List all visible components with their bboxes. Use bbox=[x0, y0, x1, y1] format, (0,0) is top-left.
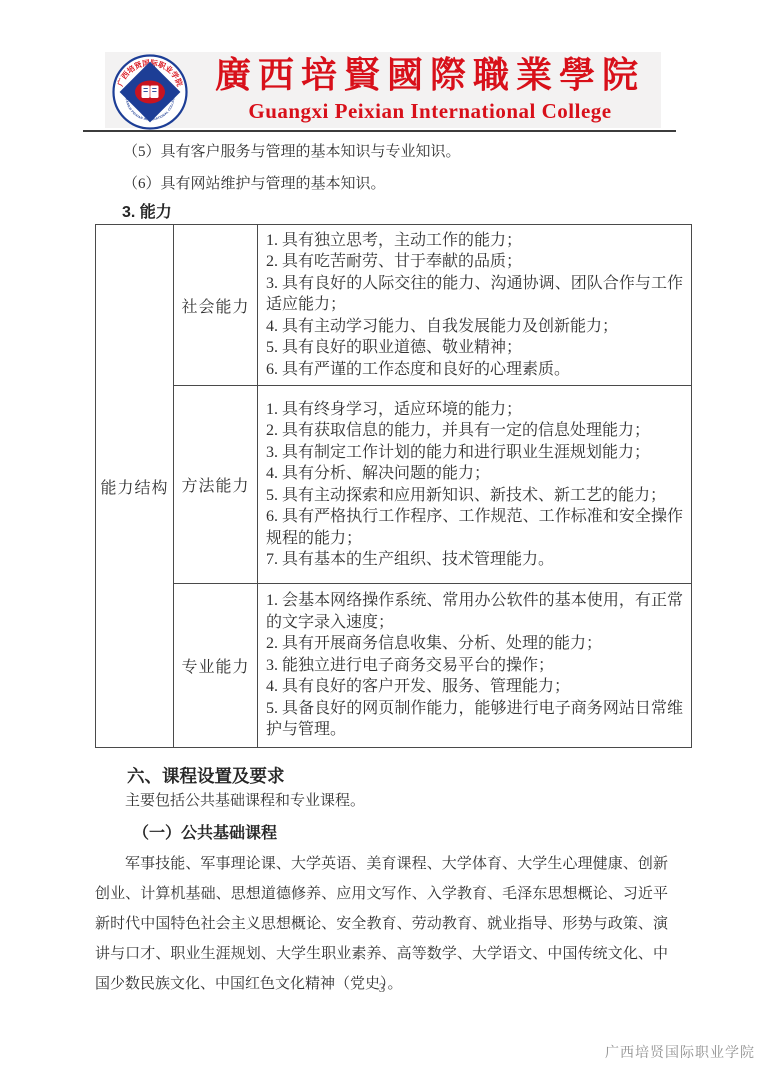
ability-item: 5. 具备良好的网页制作能力，能够进行电子商务网站日常维护与管理。 bbox=[266, 698, 683, 741]
table-row: 专业能力 1. 会基本网络操作系统、常用办公软件的基本使用，有正常的文字录入速度… bbox=[96, 584, 692, 748]
ability-item: 3. 具有良好的人际交往的能力、沟通协调、团队合作与工作适应能力； bbox=[266, 273, 683, 316]
category-method: 方法能力 bbox=[174, 386, 258, 584]
table-row: 能力结构 社会能力 1. 具有独立思考，主动工作的能力；2. 具有吃苦耐劳、甘于… bbox=[96, 225, 692, 386]
public-course-subheading: （一）公共基础课程 bbox=[95, 823, 668, 845]
ability-item: 1. 会基本网络操作系统、常用办公软件的基本使用，有正常的文字录入速度； bbox=[266, 590, 683, 633]
ability-item: 2. 具有吃苦耐劳、甘于奉献的品质； bbox=[266, 251, 683, 273]
page-number: 3 bbox=[0, 980, 764, 996]
public-course-list: 军事技能、军事理论课、大学英语、美育课程、大学体育、大学生心理健康、创新创业、计… bbox=[95, 849, 668, 999]
social-ability-items: 1. 具有独立思考，主动工作的能力；2. 具有吃苦耐劳、甘于奉献的品质；3. 具… bbox=[258, 225, 692, 386]
course-section-heading: 六、课程设置及要求 bbox=[95, 763, 668, 789]
ability-item: 6. 具有严格执行工作程序、工作规范、工作标准和安全操作规程的能力； bbox=[266, 506, 683, 549]
ability-item: 2. 具有获取信息的能力，并具有一定的信息处理能力； bbox=[266, 420, 683, 442]
ability-item: 7. 具有基本的生产组织、技术管理能力。 bbox=[266, 549, 683, 571]
table-row: 方法能力 1. 具有终身学习，适应环境的能力；2. 具有获取信息的能力，并具有一… bbox=[96, 386, 692, 584]
ability-item: 3. 具有制定工作计划的能力和进行职业生涯规划能力； bbox=[266, 442, 683, 464]
ability-structure-table: 能力结构 社会能力 1. 具有独立思考，主动工作的能力；2. 具有吃苦耐劳、甘于… bbox=[95, 224, 692, 748]
ability-item: 6. 具有严谨的工作态度和良好的心理素质。 bbox=[266, 359, 683, 381]
ability-item: 4. 具有良好的客户开发、服务、管理能力； bbox=[266, 676, 683, 698]
category-social: 社会能力 bbox=[174, 225, 258, 386]
ability-item: 5. 具有良好的职业道德、敬业精神； bbox=[266, 337, 683, 359]
ability-item: 5. 具有主动探索和应用新知识、新技术、新工艺的能力； bbox=[266, 485, 683, 507]
ability-item: 1. 具有独立思考，主动工作的能力； bbox=[266, 230, 683, 252]
ability-structure-header: 能力结构 bbox=[96, 225, 174, 748]
knowledge-item-5: （5）具有客户服务与管理的基本知识与专业知识。 bbox=[95, 141, 668, 163]
college-watermark: 广西培贤国际职业学院 bbox=[605, 1042, 755, 1062]
ability-item: 3. 能独立进行电子商务交易平台的操作； bbox=[266, 655, 683, 677]
document-page: { "header": { "seal": { "top_arc": "广西培贤… bbox=[0, 0, 764, 1080]
ability-item: 1. 具有终身学习，适应环境的能力； bbox=[266, 399, 683, 421]
course-section-intro: 主要包括公共基础课程和专业课程。 bbox=[95, 790, 668, 812]
method-ability-items: 1. 具有终身学习，适应环境的能力；2. 具有获取信息的能力，并具有一定的信息处… bbox=[258, 386, 692, 584]
ability-item: 2. 具有开展商务信息收集、分析、处理的能力； bbox=[266, 633, 683, 655]
document-body: （5）具有客户服务与管理的基本知识与专业知识。 （6）具有网站维护与管理的基本知… bbox=[95, 0, 668, 999]
category-professional: 专业能力 bbox=[174, 584, 258, 748]
knowledge-item-6: （6）具有网站维护与管理的基本知识。 bbox=[95, 173, 668, 195]
professional-ability-items: 1. 会基本网络操作系统、常用办公软件的基本使用，有正常的文字录入速度；2. 具… bbox=[258, 584, 692, 748]
ability-heading: 3. 能力 bbox=[95, 203, 668, 223]
ability-item: 4. 具有主动学习能力、自我发展能力及创新能力； bbox=[266, 316, 683, 338]
ability-item: 4. 具有分析、解决问题的能力； bbox=[266, 463, 683, 485]
